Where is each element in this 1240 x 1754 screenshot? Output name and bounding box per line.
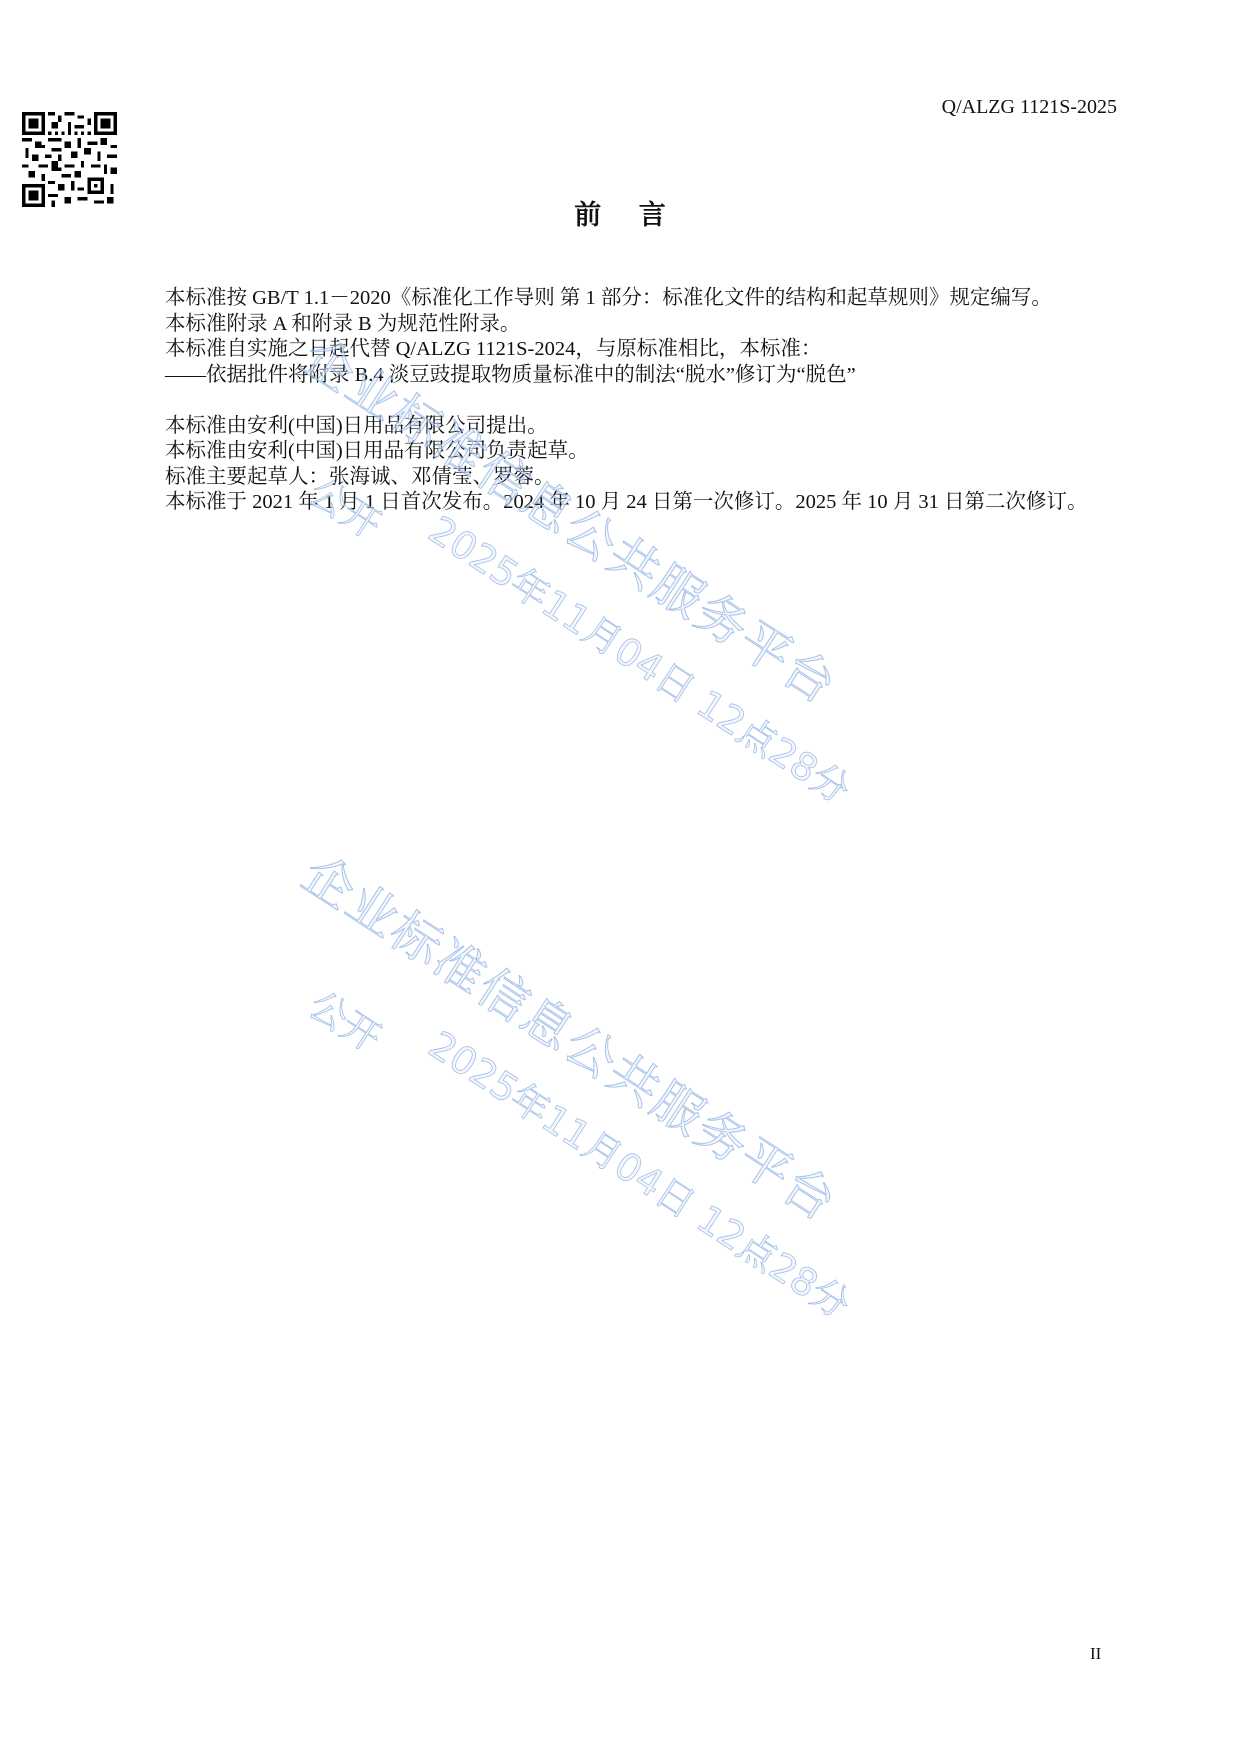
document-code: Q/ALZG 1121S-2025 [942,96,1117,119]
foreword-body: 本标准按 GB/T 1.1－2020《标准化工作导则 第 1 部分：标准化文件的… [122,286,1118,516]
page-number: II [1090,1644,1101,1664]
page-title: 前 言 [0,193,1240,232]
blank-line [122,388,1118,414]
paragraph-change-item: ——依据批件将附录 B.4 淡豆豉提取物质量标准中的制法“脱水”修订为“脱色” [122,363,1118,389]
paragraph-replaces: 本标准自实施之日起代替 Q/ALZG 1121S-2024，与原标准相比，本标准… [122,337,1118,363]
paragraph-drafters: 标准主要起草人：张海诚、邓倩莹、罗蓉。 [122,465,1118,491]
paragraph-appendices: 本标准附录 A 和附录 B 为规范性附录。 [122,312,1118,338]
paragraph-drafting-rules: 本标准按 GB/T 1.1－2020《标准化工作导则 第 1 部分：标准化文件的… [122,286,1118,312]
watermark-platform: 企业标准信息公共服务平台 [291,835,854,1235]
paragraph-drafting-org: 本标准由安利(中国)日用品有限公司负责起草。 [122,439,1118,465]
paragraph-proposer: 本标准由安利(中国)日用品有限公司提出。 [122,414,1118,440]
watermark-public-label: 公开 [300,975,394,1063]
watermark-timestamp: 2025年11月04日 12点28分 [420,500,863,814]
paragraph-history: 本标准于 2021 年 1 月 1 日首次发布。2024 年 10 月 24 日… [122,490,1118,516]
watermark-timestamp: 2025年11月04日 12点28分 [420,1015,863,1329]
